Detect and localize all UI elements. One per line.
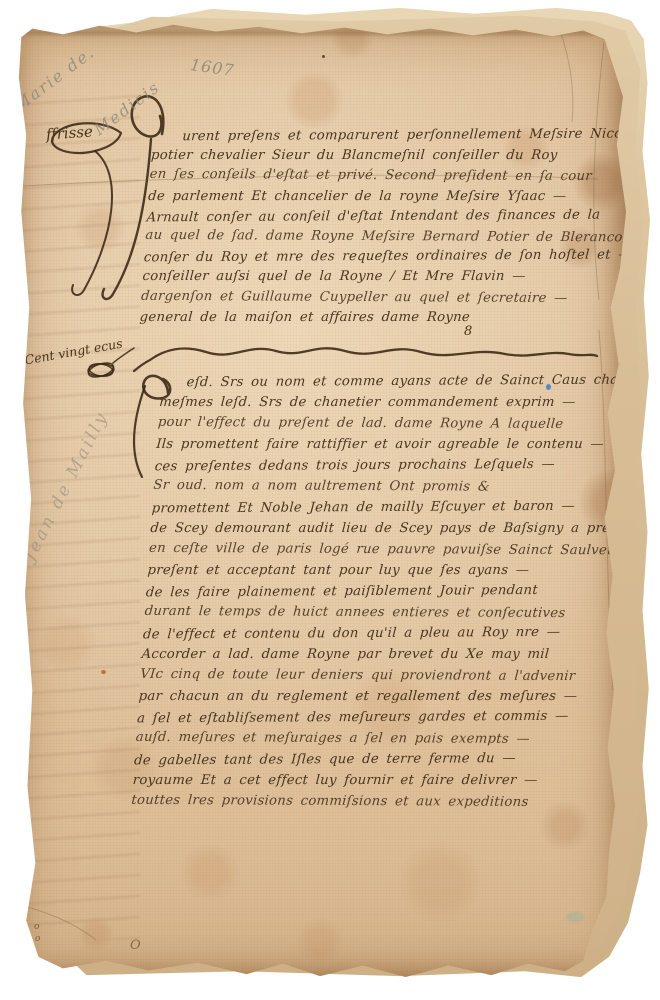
manuscript-line: Accorder a lad. dame Royne par brevet du… (141, 644, 594, 665)
manuscript-line: Ils promettent faire rattiffier et avoir… (156, 434, 609, 455)
manuscript-line: urent preſens et comparurent perſonnelle… (152, 125, 605, 148)
bottom-mark-small-o-2: o (35, 934, 40, 944)
manuscript-line: de gabelles tant des Iſles que de terre … (133, 748, 587, 772)
manuscript-line: durant le temps de huict annees entieres… (144, 601, 597, 624)
manuscript-line: par chacun an du reglement et regallemen… (138, 686, 591, 707)
manuscript-line: ces preſentes dedans trois jours prochai… (154, 454, 608, 478)
manuscript-line: eſd. Srs ou nom et comme ayans acte de S… (160, 370, 614, 394)
manuscript-line: Sr oud. nom a nom aultrement Ont promis … (153, 475, 606, 498)
manuscript-line: en ceſte ville de paris logé rue pauvre … (148, 538, 601, 561)
manuscript-line: de parlement Et chancelier de la royne M… (147, 187, 600, 207)
manuscript-line: preſent et acceptant tant pour luy que ſ… (147, 560, 600, 581)
ink-dot (322, 55, 325, 58)
manuscript-line: dargenſon et Guillaume Cuypeller au quel… (140, 286, 593, 309)
manuscript-line: de l'effect et contenu du don qu'il a pl… (142, 622, 596, 646)
divider-squiggle (134, 348, 597, 371)
manuscript-line: meſmes leſd. Srs de chanetier commandeme… (158, 392, 611, 413)
rust-spot (101, 670, 106, 674)
manuscript-line: general de la maiſon et affaires dame Ro… (139, 308, 592, 328)
manuscript-line: potier chevalier Sieur du Blancmeſnil co… (150, 146, 603, 166)
manuscript-line: en ſes conſeils d'eſtat et privé. Second… (149, 165, 602, 188)
manuscript-line: Arnault conſer au conſeil d'eſtat Intend… (146, 205, 599, 228)
manuscript-page: Marie de. Medicis 1607 Jean de Mailly ff… (14, 20, 626, 978)
manuscript-line: royaume Et a cet effect luy fournir et f… (132, 770, 585, 791)
page-content: Marie de. Medicis 1607 Jean de Mailly ff… (0, 0, 660, 1000)
bottom-mark-small-o-1: o (34, 922, 39, 932)
margin-paraph-flourish (52, 123, 121, 295)
margin-paraph: ffrisse (45, 122, 93, 143)
bottom-mark-ring: O (130, 938, 141, 953)
manuscript-line: VIc cinq de toute leur deniers qui provi… (139, 664, 592, 687)
manuscript-line: conſeiller auſsi quel de la Royne / Et M… (142, 267, 595, 287)
manuscript-line: de les faire plainement et paiſiblement … (145, 580, 599, 604)
manuscript-line: pour l'effect du preſent de lad. dame Ro… (157, 412, 610, 435)
manuscript-line: de Scey demourant audit lieu de Scey pay… (150, 518, 603, 539)
manuscript-line: promettent Et Noble Jehan de mailly Eſcu… (151, 496, 605, 520)
manuscript-scan: Marie de. Medicis 1607 Jean de Mailly ff… (0, 0, 660, 1000)
manuscript-line: au quel de ſad. dame Royne Meſsire Berna… (145, 226, 598, 249)
manuscript-line: conſer du Roy et mre des requeſtes ordin… (143, 246, 596, 269)
manuscript-line: auſd. meſures et meſuraiges a ſel en pai… (135, 727, 588, 750)
blue-ink-speck (546, 384, 551, 390)
paragraph-2: eſd. Srs ou nom et comme ayans acte de S… (131, 371, 614, 812)
manuscript-line: a ſel et eſtabliſsement des meſureurs ga… (136, 706, 590, 730)
paragraph-1: urent preſens et comparurent perſonnelle… (139, 126, 605, 328)
manuscript-line: touttes lres provisions commiſsions et a… (131, 790, 584, 813)
blue-green-smudge (566, 912, 584, 922)
